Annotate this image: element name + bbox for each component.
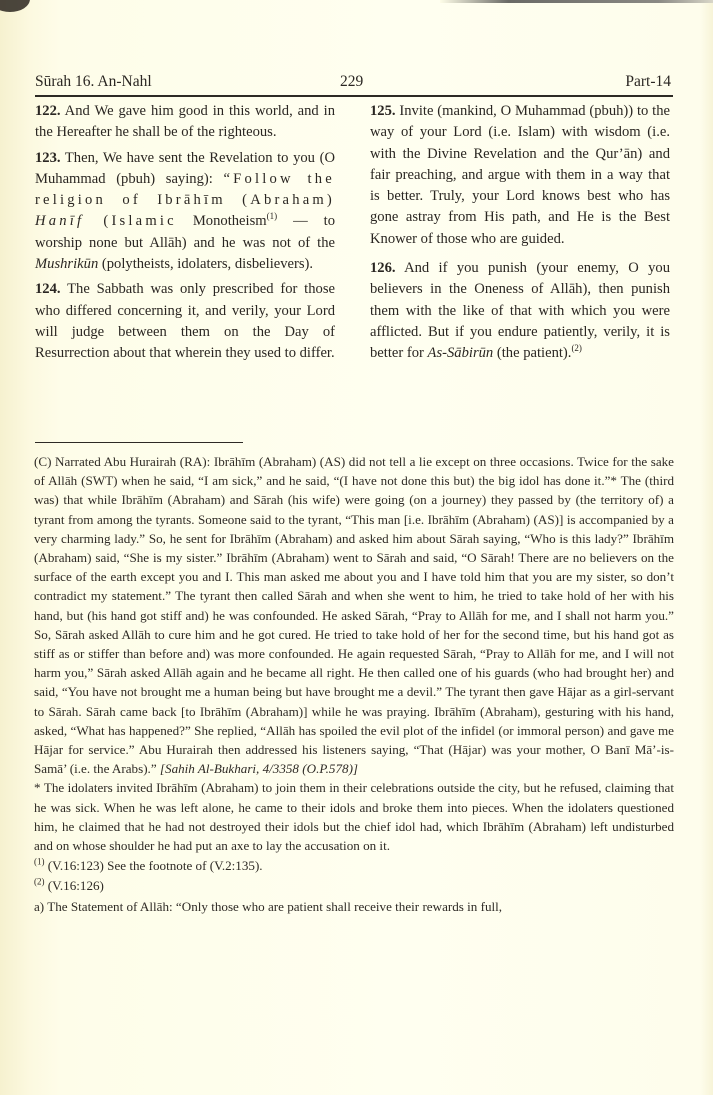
verse-number: 123.: [35, 150, 61, 166]
footnote-2-text: (V.16:126): [45, 878, 104, 893]
term-hanif: Hanīf: [35, 213, 84, 229]
footnote-ref-1[interactable]: (1): [267, 212, 278, 222]
footnote-rule: [35, 442, 243, 443]
verse-text-spaced: (Islamic: [84, 213, 177, 229]
verse-124: 124. The Sabbath was only prescribed for…: [35, 279, 335, 364]
verse-122: 122. And We gave him good in this world,…: [35, 101, 335, 144]
footnote-2-marker: (2): [34, 877, 45, 887]
verse-text: Monotheism: [193, 213, 267, 229]
right-column: 125. Invite (mankind, O Muhammad (pbuh))…: [370, 101, 670, 369]
verse-number: 124.: [35, 281, 61, 297]
book-page: Sūrah 16. An-Nahl 229 Part-14 122. And W…: [0, 0, 713, 1095]
footnote-a: a) The Statement of Allāh: “Only those w…: [34, 897, 674, 916]
header-rule: [35, 95, 673, 97]
verse-text: (polytheists, idolaters, disbelievers).: [98, 256, 313, 272]
asterisk-footnote: * The idolaters invited Ibrāhīm (Abraham…: [34, 778, 674, 855]
verse-125: 125. Invite (mankind, O Muhammad (pbuh))…: [370, 101, 670, 250]
hadith-text: (C) Narrated Abu Hurairah (RA): Ibrāhīm …: [34, 454, 674, 776]
verse-123: 123. Then, We have sent the Revelation t…: [35, 148, 335, 276]
verse-text: (the patient).: [493, 345, 571, 361]
footnote-1: (1) (V.16:123) See the footnote of (V.2:…: [34, 856, 674, 875]
footnote-2: (2) (V.16:126): [34, 876, 674, 895]
term-sabirun: As-Sābirūn: [428, 345, 494, 361]
verse-text: And We gave him good in this world, and …: [35, 103, 335, 140]
verse-number: 125.: [370, 103, 396, 119]
page-corner-shadow: [0, 0, 30, 12]
verse-text: Invite (mankind, O Muhammad (pbuh)) to t…: [370, 103, 670, 247]
footnote-1-marker: (1): [34, 857, 45, 867]
footnote-1-text: (V.16:123) See the footnote of (V.2:135)…: [45, 858, 263, 873]
left-column: 122. And We gave him good in this world,…: [35, 101, 335, 369]
verse-126: 126. And if you punish (your enemy, O yo…: [370, 258, 670, 364]
term-mushrikun: Mushrikūn: [35, 256, 98, 272]
hadith-citation: [Sahih Al-Bukhari, 4/3358 (O.P.578)]: [160, 761, 358, 776]
surah-title: Sūrah 16. An-Nahl: [35, 73, 152, 91]
running-header: Sūrah 16. An-Nahl 229 Part-14: [35, 73, 671, 93]
footnote-ref-2[interactable]: (2): [571, 343, 582, 353]
page-number: 229: [340, 73, 363, 91]
verse-number: 122.: [35, 103, 61, 119]
verse-text: The Sabbath was only prescribed for thos…: [35, 281, 335, 361]
verse-number: 126.: [370, 260, 396, 276]
part-label: Part-14: [625, 73, 671, 91]
hadith-footnote: (C) Narrated Abu Hurairah (RA): Ibrāhīm …: [34, 452, 674, 778]
footnotes-section: (C) Narrated Abu Hurairah (RA): Ibrāhīm …: [34, 452, 674, 916]
page-top-edge: [440, 0, 713, 3]
